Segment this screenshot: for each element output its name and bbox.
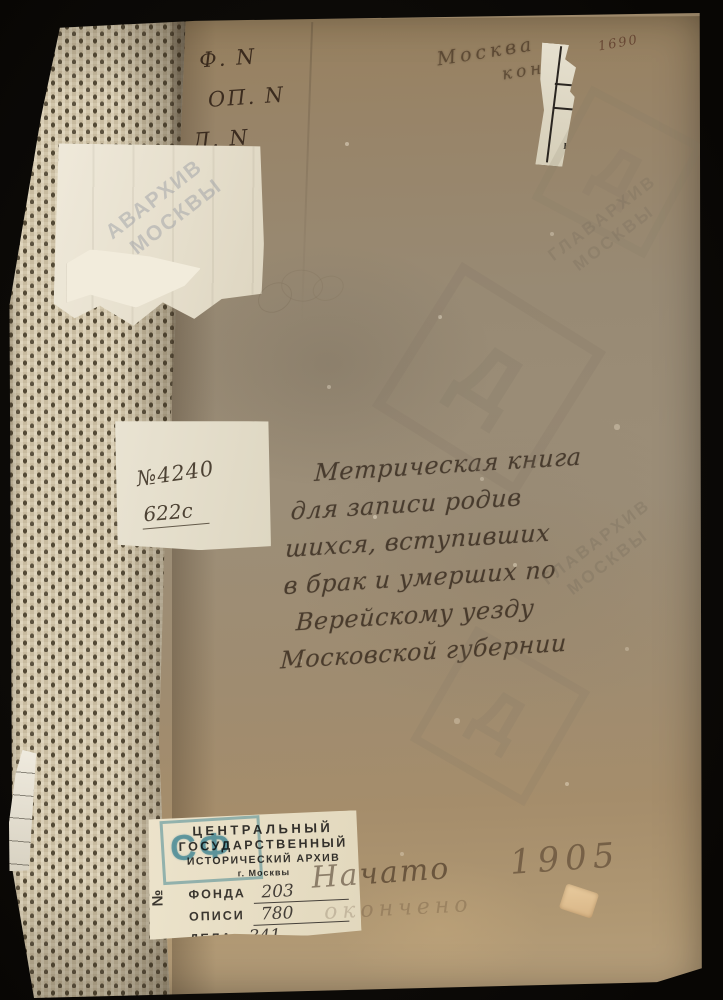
label-watermark-text: АВАРХИВ МОСКВЫ — [100, 151, 228, 267]
fond-opis-delo-marks: Ф. N ОП. N Д. N — [180, 35, 289, 162]
paper-scrap — [559, 883, 599, 918]
pencil-scribble — [251, 251, 352, 328]
top-right-year: 1690 — [597, 33, 640, 55]
cover-top-edge — [156, 12, 701, 20]
book-cover-photo: Ф. N ОП. N Д. N Москва конси 1690 В ИЯ И… — [6, 8, 706, 998]
big-spine-label: АВАРХИВ МОСКВЫ — [54, 143, 265, 326]
label-torn-piece — [66, 249, 201, 308]
fond-mark: Ф. N — [198, 35, 284, 81]
label-code: 622с — [140, 497, 209, 530]
delo-value: 341 — [240, 925, 350, 949]
label-number: №4240 — [135, 456, 216, 491]
blue-ink-stamp: СФ — [159, 815, 263, 885]
paper-specks — [6, 8, 8, 10]
number-label: №4240 622с — [113, 419, 273, 552]
strip-rule-horizontal — [555, 83, 577, 86]
strip-rule-horizontal — [552, 107, 574, 110]
number-sign: № — [149, 889, 166, 906]
opis-mark: ОП. N — [207, 75, 287, 120]
